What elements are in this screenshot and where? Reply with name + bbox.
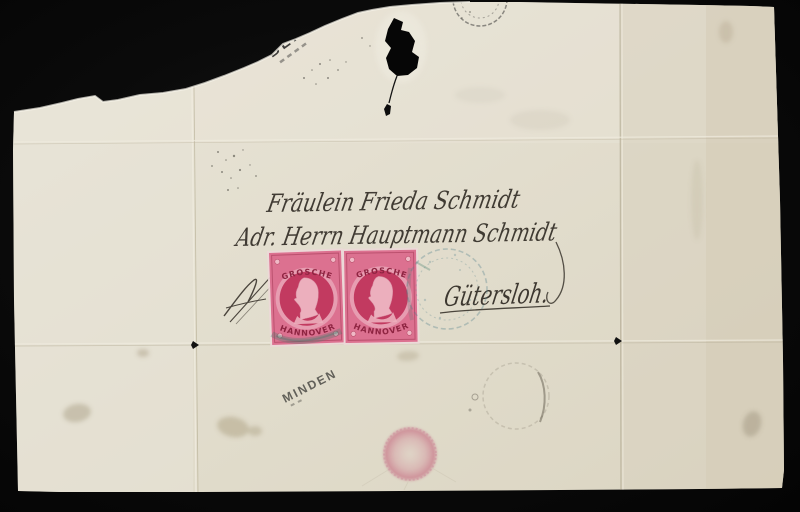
left-panel-tint	[13, 86, 193, 492]
right-edge-tint	[706, 4, 784, 490]
photo-background: BERLIN MINDEN Fräulein Frie	[0, 0, 800, 512]
address-line1: Fräulein Frieda Schmidt	[264, 185, 523, 218]
address-line2: Adr. Herrn Hauptmann Schmidt	[232, 218, 560, 252]
address-destination: Gütersloh.	[442, 278, 551, 312]
letter-cover-scene: BERLIN MINDEN Fräulein Frie	[0, 0, 800, 512]
